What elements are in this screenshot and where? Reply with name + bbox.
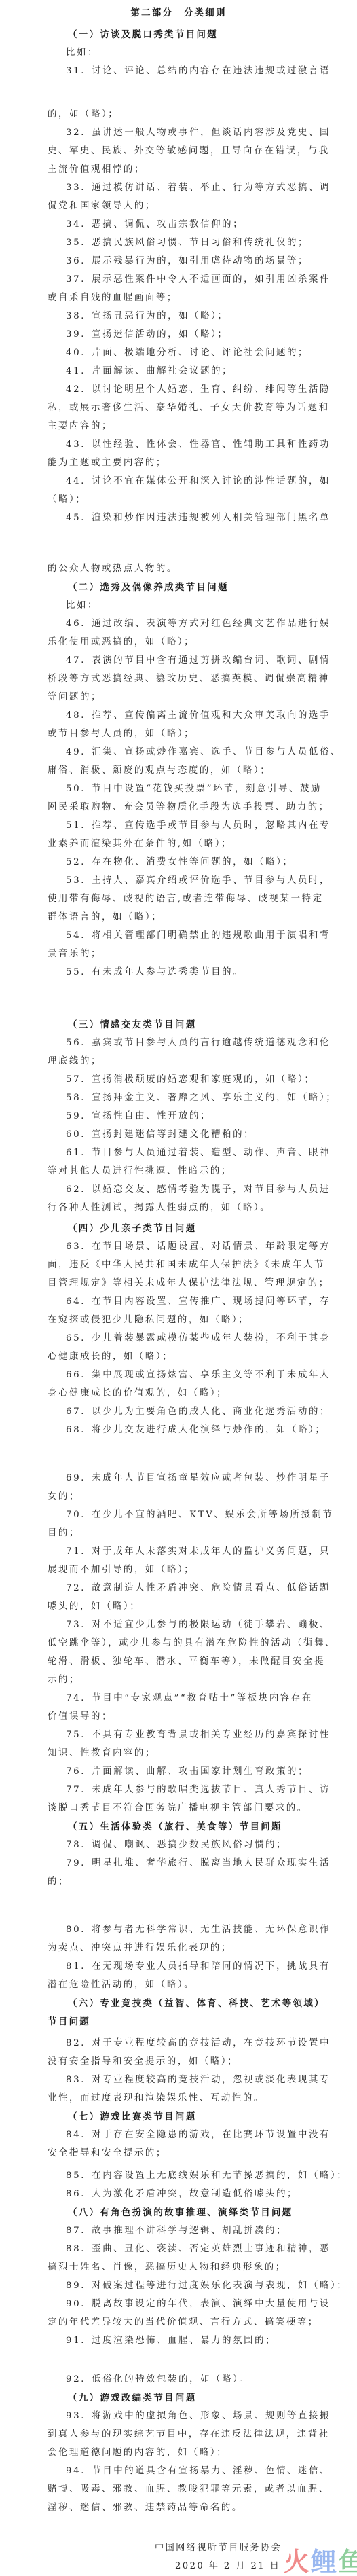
text-line: 62．以婚恋交友、感情考验为幌子，对节目参与人员进 [66, 1184, 302, 1196]
text-line: 65．少儿着装暴露或模仿某些成年人装扮，不利于其身 [66, 1332, 302, 1345]
text-line: 53．主持人、嘉宾介绍或评价选手、节目参与人员时， [66, 875, 302, 887]
text-line: 或节目参与人员的，如（略）； [48, 728, 302, 740]
section-heading-6: （六）专业竞技类（益智、体育、科技、艺术等领域） [68, 1997, 322, 2010]
text-line: 搞烈士姓名、肖像，恶搞历史人物和经典形象的； [48, 2262, 302, 2274]
text-line: 77．未成年人参与的歌唱类选拔节目、真人秀节目、访 [66, 1784, 302, 1796]
text-line: 潜在危险性活动的，如（略）。 [48, 1979, 302, 1991]
text-line: 92．低俗化的特效包装的，如（略）。 [66, 2374, 302, 2386]
text-line: 68．将少儿交友进行成人化演绎与炒作的，如（略）； [66, 1424, 302, 1436]
watermark-char-2: 鲤 [311, 2547, 337, 2576]
text-line: 43．以性经验、性体会、性器官、性辅助工具和性药功 [66, 439, 302, 451]
text-line: 73．对不适宜少儿参与的极限运动（徒手攀岩、蹦极、 [66, 1619, 302, 1631]
text-line: 75．不具有专业教育背景或相关专业经历的嘉宾探讨性 [66, 1729, 302, 1741]
text-line: 能为主题或主要内容的； [48, 457, 302, 469]
text-line: 价值误导的； [48, 1711, 302, 1723]
text-line: 94．节目中的道具含有宣扬暴力、淫秽、色情、迷信、 [66, 2465, 302, 2478]
text-line: 88．歪曲、丑化、亵渎、否定英雄烈士事迹和精神，恶 [66, 2243, 302, 2255]
text-line: 示的； [48, 1674, 302, 1686]
text-line: 使用带有侮辱、歧视的语言,或者连带侮辱、歧视某一特定 [48, 893, 302, 905]
text-line: 93．将游戏中的虚拟角色、形象、场景、规则等直接搬 [66, 2410, 302, 2423]
watermark-logo: 火 鲤 鱼 [284, 2545, 357, 2576]
text-line: 身心健康成长的价值观的，如（略）； [48, 1387, 302, 1400]
text-line: 谈脱口秀节目不符合国务院广播电视主管部门要求的。 [48, 1802, 302, 1815]
section-heading-2: （二）选秀及偶像养成类节目问题 [68, 581, 322, 594]
section-heading-1: （一）访谈及脱口秀类节目问题 [68, 29, 322, 41]
text-line: 83．对专业程度较高的竞技活动，忽视或淡化表现其专 [66, 2074, 302, 2086]
text-line: 45．渲染和炒作因违法违规被列入相关管理部门黑名单 [66, 512, 302, 524]
text-line: 74．节目中“专家观点”“教育贴士”等板块内容存在 [66, 1692, 302, 1705]
text-line: 主要内容的； [48, 420, 302, 433]
text-line: 32．虽讲述一般人物或事件，但谈话内容涉及党史、国 [66, 127, 302, 139]
text-line: 64．在节目内容设置、宣传推广、现场提问等环节，存 [66, 1296, 302, 1308]
text-line: 56．嘉宾或节目参与人员的言行逾越传统道德观念和伦 [66, 1037, 302, 1049]
section-heading-5: （五）生活体验类（旅行、美食等）节目问题 [68, 1821, 322, 1833]
text-line: 31．讨论、评论、总结的内容存在违法违规或过激言语 [66, 65, 302, 77]
text-line: 38．宣扬丑恶行为的，如（略）； [66, 310, 302, 323]
text-line: 比如： [66, 47, 302, 59]
section-heading-8: （八）有角色扮演的故事推理、演绎类节目问题 [68, 2207, 322, 2219]
text-line: 淫秽、迷信、邪教、违禁药品等命名的。 [48, 2502, 302, 2514]
text-line: 35．恶搞民族风俗习惯、节日习俗和传统礼仪的； [66, 237, 302, 249]
text-line: 84．对于存在安全隐患的游戏，在比赛环节设置中没有 [66, 2129, 302, 2141]
text-line: 42．以讨论明星个人婚恋、生育、纠纷、绯闻等生活隐 [66, 384, 302, 396]
text-line: 50．节目中设置“花钱买投票”环节，刻意引导、鼓励 [66, 783, 302, 795]
signature-organization: 中国网络视听节目服务协会 [155, 2540, 282, 2553]
section-heading-7: （七）游戏比赛类节目问题 [68, 2111, 322, 2123]
text-line: 90．脱离故事设定的年代，表演、演绎中大量使用与设 [66, 2298, 302, 2310]
text-line: 60．宣扬封建迷信等封建文化糟粕的； [66, 1129, 302, 1141]
text-line: 87．故事推理不讲科学与逻辑、胡乱拼凑的； [66, 2225, 302, 2237]
text-line: 网民采取购物、充会员等物质化手段为选手投票、助力的； [48, 801, 302, 814]
text-line: 66．集中展现或宣扬炫富、享乐主义等不利于未成年人 [66, 1369, 302, 1381]
text-line: 91．过度渲染恐怖、血腥、暴力的氛围的； [66, 2335, 302, 2347]
text-line: 群体语言的，如（略）； [48, 911, 302, 924]
text-line: 57．宣扬消极颓废的婚恋观和家庭观的，如（略）； [66, 1074, 302, 1086]
text-line: 目管理规定》等相关未成年人保护法律法规、管理规定的； [48, 1277, 302, 1290]
text-line: 轮滑、滑板、独轮车、潜水、平衡车等），未做醒目安全提 [48, 1656, 302, 1668]
text-line: 到真人参与的现实综艺节目中，存在违反法律法规，违背社 [48, 2429, 302, 2441]
text-line: 私，或展示奢侈生活、豪华婚礼、子女天价教育等为话题和 [48, 402, 302, 414]
document-title: 第二部分 分类细则 [0, 5, 357, 18]
watermark-char-3: 鱼 [338, 2547, 357, 2576]
section-heading-4: （四）少儿亲子类节目问题 [68, 1222, 322, 1235]
section-heading-6-cont: 节目问题 [48, 2016, 302, 2028]
text-line: 主流价值观相悖的； [48, 164, 302, 176]
text-line: 78．调侃、嘲讽、恶搞少数民族风俗习惯的； [66, 1839, 302, 1851]
text-line: 51．推荐、宣传选手或节目参与人员时，忽略其内在专 [66, 820, 302, 832]
text-line: 景音乐的； [48, 948, 302, 960]
text-line: 噱头的，如（略）； [48, 1601, 302, 1613]
text-line: 48．推荐、宣传偏离主流价值观和大众审美取向的选手 [66, 710, 302, 722]
text-line: 比如： [66, 600, 302, 612]
text-line: 等对其他人员进行性挑逗、性暗示的； [48, 1165, 302, 1178]
text-line: 70．在少儿不宜的酒吧、KTV、娱乐会所等场所摄制节 [66, 1509, 302, 1521]
text-line: 业性，而过度表现和渲染娱乐性、互动性的。 [48, 2092, 302, 2105]
text-line: 理底线的； [48, 1055, 302, 1068]
text-line: 面，违反《中华人民共和国未成年人保护法》《未成年人节 [48, 1259, 302, 1271]
text-line: 79．明星扎堆、奢华旅行、脱离当地人民群众现实生活 [66, 1857, 302, 1870]
text-line: 39．宣扬迷信活动的，如（略）； [66, 329, 302, 341]
text-line: 定的年代差异较大的当代价值观、言行方式、搞笑梗等； [48, 2317, 302, 2329]
text-line: 69．未成年人节目宣扬童星效应或者包装、炒作明星子 [66, 1472, 302, 1485]
text-line: 81．在无现场专业人员指导和陪同的情况下，挑战具有 [66, 1961, 302, 1973]
text-line: 低空跳伞等），或少儿参与的具有潜在危险性的活动（街舞、 [48, 1637, 302, 1650]
text-line: 52．存在物化、消费女性等问题的，如（略）； [66, 856, 302, 869]
text-line: 36．展示残暴行为的，如引用虐待动物的场景等； [66, 255, 302, 268]
text-line: 乐化使用或恶搞的，如（略）； [48, 636, 302, 649]
text-line: 34．恶搞、调侃、攻击宗教信仰的； [66, 219, 302, 231]
text-line: 76．片面解读、曲解、攻击国家计划生育政策的； [66, 1766, 302, 1778]
text-line: 55．有未成年人参与选秀类节目的。 [66, 966, 302, 979]
text-line: 业素养而渲染其外在条件的,如（略）； [48, 838, 302, 850]
text-line: 会伦理道德问题的内容的，如（略）； [48, 2447, 302, 2459]
text-line: 59．宣扬性自由、性开放的； [66, 1110, 302, 1123]
text-line: 安全指导和安全提示的； [48, 2147, 302, 2160]
text-line: 在窥探或侵犯少儿隐私问题的，如（略）； [48, 1314, 302, 1326]
text-line: 知识、性教育内容的； [48, 1747, 302, 1760]
text-line: 44．讨论不宜在媒体公开和深入讨论的涉性话题的，如 [66, 475, 302, 488]
text-line: （略）； [48, 494, 302, 506]
text-line: 82．对于专业程度较高的竞技活动，在竞技环节设置中 [66, 2037, 302, 2050]
text-line: 58．宣扬拜金主义、奢靡之风、享乐主义的，如（略）； [66, 1092, 302, 1104]
section-heading-3: （三）情感交友类节目问题 [68, 1019, 322, 1031]
watermark-char-1: 火 [284, 2547, 309, 2576]
text-line: 庸俗、消极、颓废的观点与态度的，如（略）； [48, 765, 302, 777]
text-line: 史、军史、民族、外交等敏感问题，且导向存在错误，与我 [48, 145, 302, 158]
text-line: 的公众人物或热点人物的。 [48, 563, 302, 575]
text-line: 86．人为激化矛盾冲突，故意制造低俗噱头的； [66, 2188, 302, 2200]
text-line: 54．将相关管理部门明确禁止的违规歌曲用于演唱和背 [66, 930, 302, 942]
text-line: 女的； [48, 1491, 302, 1503]
text-line: 33．通过模仿讲话、着装、举止、行为等方式恶搞、调 [66, 182, 302, 194]
text-line: 67．以少儿为主要角色的成人化、商业化选秀活动的； [66, 1406, 302, 1418]
text-line: 桥段等方式恶搞经典、篡改历史、恶搞英模、调侃崇高精神 [48, 673, 302, 685]
text-line: 71．对于成年人未落实对未成年人的监护义务问题，只 [66, 1546, 302, 1558]
text-line: 没有安全指导和安全提示的，如（略）； [48, 2056, 302, 2068]
text-line: 40．片面、极端地分析、讨论、评论社会问题的； [66, 347, 302, 359]
text-line: 的，如（略）； [48, 109, 302, 121]
text-line: 心健康成长的，如（略）； [48, 1351, 302, 1363]
signature-date: 2020 年 2 月 21 日 [175, 2558, 280, 2571]
text-line: 61．节目参与人员通过着装、造型、动作、声音、眼神 [66, 1147, 302, 1159]
text-line: 85．在内容设置上无底线娱乐和无节操恶搞的，如（略）； [66, 2170, 302, 2182]
text-line: 46．通过改编、表演等方式对红色经典文艺作品进行娱 [66, 618, 302, 630]
text-line: 行各种人性测试，揭露人性弱点的，如（略）。 [48, 1202, 302, 1214]
text-line: 49．汇集、宣扬或炒作嘉宾、选手、节目参与人员低俗、 [66, 746, 302, 759]
text-line: 赌博、吸毒、邪教、血腥、教唆犯罪等元素，或者以血腥、 [48, 2484, 302, 2496]
text-line: 展现而不加引导的，如（略）； [48, 1564, 302, 1576]
text-line: 37．展示恶性案件中令人不适画面的，如引用凶杀案件 [66, 274, 302, 286]
text-line: 89．对破案过程等进行过度娱乐化表演与表现，如（略）； [66, 2280, 302, 2292]
text-line: 等问题的； [48, 691, 302, 704]
text-line: 的； [48, 1876, 302, 1888]
text-line: 目的； [48, 1527, 302, 1540]
text-line: 63．在节目场景、话题设置、对话情景、年龄限定等方 [66, 1241, 302, 1253]
text-line: 80．将参与者无科学常识、无生活技能、无环保意识作 [66, 1924, 302, 1936]
text-line: 72．故意制造人性矛盾冲突、危险情景看点、低俗话题 [66, 1582, 302, 1595]
text-line: 41．片面解读、曲解社会议题的； [66, 365, 302, 378]
text-line: 或自杀自残的血腥画面等； [48, 292, 302, 304]
text-line: 为卖点、冲突点并进行娱乐化表现的； [48, 1942, 302, 1955]
section-heading-9: （九）游戏改编类节目问题 [68, 2392, 322, 2404]
text-line: 47．表演的节目中含有通过剪拼改编台词、歌词、剧情 [66, 655, 302, 667]
text-line: 侃党和国家领导人的； [48, 200, 302, 213]
